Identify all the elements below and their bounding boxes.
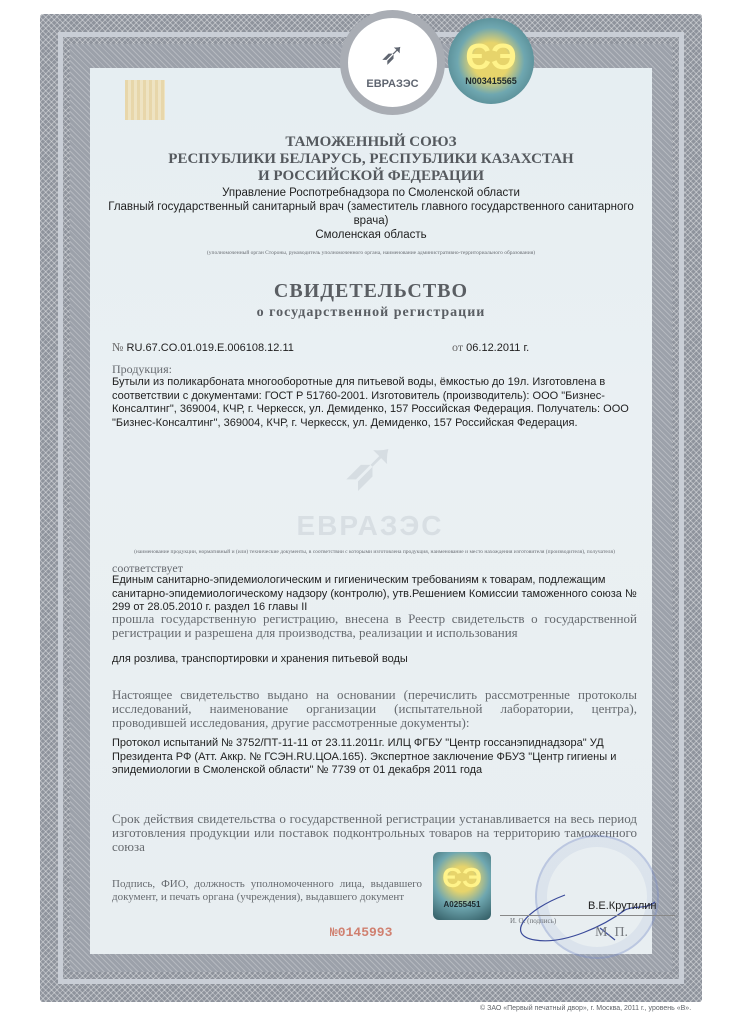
product-description: Бутыли из поликарбоната многооборотные д… xyxy=(112,376,637,430)
sanitary-hologram-icon: ЄЭ xyxy=(448,36,534,78)
certificate-subtitle: о государственной регистрации xyxy=(90,305,652,321)
signature-caption: И. О. (подпись) xyxy=(510,917,556,925)
certificate-number-row: № RU.67.CO.01.019.E.006108.12.11 от 06.1… xyxy=(112,340,632,355)
sanitary-hologram-icon: ЄЭ xyxy=(433,862,491,894)
authority-caption: (уполномоченный орган Стороны, руководит… xyxy=(90,250,652,256)
certificate-title: СВИДЕТЕЛЬСТВО xyxy=(90,280,652,303)
signature-line xyxy=(500,915,675,916)
hologram-sticker-bottom: ЄЭ A0255451 xyxy=(433,852,491,920)
registration-statement: прошла государственную регистрацию, внес… xyxy=(112,612,637,640)
watermark-emblem-icon: ➶ xyxy=(270,420,470,510)
emblem-text: ЕВРАЗЭС xyxy=(348,78,437,90)
signer-name: В.Е.Крутилин xyxy=(588,900,657,912)
product-usage: для розлива, транспортировки и хранения … xyxy=(112,653,637,667)
customs-union-heading: ТАМОЖЕННЫЙ СОЮЗ РЕСПУБЛИКИ БЕЛАРУСЬ, РЕС… xyxy=(90,134,652,185)
basis-documents: Протокол испытаний № 3752/ПТ-11-11 от 23… xyxy=(112,737,637,778)
number-label: № xyxy=(112,340,123,354)
eurasec-emblem-icon: ➶ xyxy=(348,40,437,70)
seal-place-label: М. П. xyxy=(595,925,628,941)
basis-label: Настоящее свидетельство выдано на основа… xyxy=(112,688,637,730)
signature-label: Подпись, ФИО, должность уполномоченного … xyxy=(112,878,422,903)
hologram-serial: N003415565 xyxy=(448,76,534,86)
certificate-date: 06.12.2011 г. xyxy=(466,342,529,354)
compliance-requirements: Единым санитарно-эпидемиологическим и ги… xyxy=(112,574,637,615)
certificate-number: RU.67.CO.01.019.E.006108.12.11 xyxy=(127,342,294,354)
certificate-date-block: от 06.12.2011 г. xyxy=(452,340,529,355)
printer-credit: © ЗАО «Первый печатный двор», г. Москва,… xyxy=(480,1005,691,1012)
security-foil-strip xyxy=(125,80,165,120)
issuing-authority: Управление Роспотребнадзора по Смоленско… xyxy=(90,186,652,242)
product-caption: (наименование продукции, нормативный и (… xyxy=(112,549,637,555)
eurasec-emblem: ➶ ЕВРАЗЭС xyxy=(348,18,437,107)
blank-serial-number: №0145993 xyxy=(330,925,392,940)
hologram-sticker-top: ЄЭ N003415565 xyxy=(448,18,534,104)
product-label: Продукция: xyxy=(112,362,172,377)
date-label: от xyxy=(452,340,463,354)
hologram-serial: A0255451 xyxy=(433,900,491,909)
eurasec-watermark: ➶ ЕВРАЗЭС xyxy=(270,420,470,550)
